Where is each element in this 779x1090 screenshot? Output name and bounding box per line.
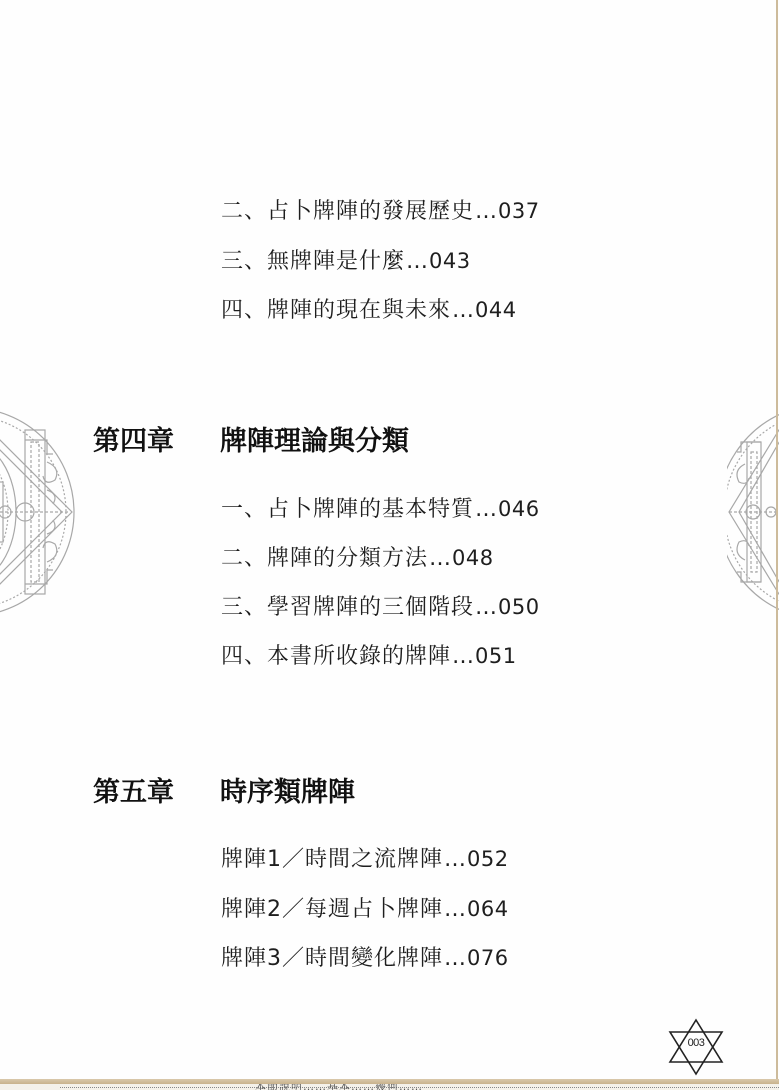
toc-entry-title: 三、無牌陣是什麼 [221, 249, 405, 274]
toc-leader-dots: … [444, 897, 466, 922]
toc-entry-title: 二、占卜牌陣的發展歷史 [221, 199, 474, 224]
toc-page-number: 064 [467, 897, 509, 921]
chapter-4-heading[interactable]: 第四章牌陣理論與分類 [93, 427, 409, 457]
next-page-strip: 本節說明……基本……幾何…… [0, 1084, 779, 1090]
toc-leader-dots: … [452, 298, 474, 323]
toc-entry[interactable]: 牌陣3／時間變化牌陣…076 [221, 945, 509, 972]
toc-entry[interactable]: 牌陣1／時間之流牌陣…052 [221, 846, 509, 873]
page-number-marker: 003 [668, 1018, 724, 1076]
toc-leader-dots: … [475, 497, 497, 522]
toc-entry-title: 四、本書所收錄的牌陣 [221, 644, 451, 669]
toc-page-number: 050 [498, 595, 540, 619]
page-number: 003 [668, 1037, 724, 1049]
toc-entry-title: 三、學習牌陣的三個階段 [221, 595, 474, 620]
cut-off-text: 本節說明……基本……幾何…… [255, 1084, 423, 1090]
chapter-title: 時序類牌陣 [220, 777, 355, 808]
toc-entry[interactable]: 四、牌陣的現在與未來…044 [221, 297, 517, 324]
chapter-title: 牌陣理論與分類 [220, 426, 409, 457]
toc-leader-dots: … [406, 249, 428, 274]
toc-entry[interactable]: 三、無牌陣是什麼…043 [221, 248, 471, 275]
toc-leader-dots: … [452, 644, 474, 669]
toc-page-number: 044 [475, 298, 517, 322]
toc-entry[interactable]: 牌陣2／每週占卜牌陣…064 [221, 896, 509, 923]
chapter-5-heading[interactable]: 第五章時序類牌陣 [93, 778, 355, 808]
toc-page-number: 037 [498, 199, 540, 223]
toc-entry[interactable]: 二、牌陣的分類方法…048 [221, 545, 494, 572]
toc-entry-title: 牌陣2／每週占卜牌陣 [221, 897, 443, 922]
toc-leader-dots: … [444, 847, 466, 872]
toc-entry[interactable]: 二、占卜牌陣的發展歷史…037 [221, 198, 540, 225]
toc-page-number: 051 [475, 644, 517, 668]
chapter-number: 第四章 [93, 427, 220, 457]
page-edge-right [776, 0, 778, 1082]
toc-page-number: 048 [452, 546, 494, 570]
toc-leader-dots: … [475, 595, 497, 620]
mandala-ornament-right-icon [727, 412, 779, 612]
chapter-number: 第五章 [93, 778, 220, 808]
toc-leader-dots: … [475, 199, 497, 224]
toc-page-number: 076 [467, 946, 509, 970]
book-page: 二、占卜牌陣的發展歷史…037 三、無牌陣是什麼…043 四、牌陣的現在與未來…… [0, 0, 779, 1090]
toc-entry-title: 一、占卜牌陣的基本特質 [221, 497, 474, 522]
toc-entry-title: 二、牌陣的分類方法 [221, 546, 428, 571]
toc-page-number: 043 [429, 249, 471, 273]
toc-entry[interactable]: 四、本書所收錄的牌陣…051 [221, 643, 517, 670]
toc-leader-dots: … [429, 546, 451, 571]
toc-entry-title: 四、牌陣的現在與未來 [221, 298, 451, 323]
toc-entry-title: 牌陣3／時間變化牌陣 [221, 946, 443, 971]
toc-entry[interactable]: 一、占卜牌陣的基本特質…046 [221, 496, 540, 523]
toc-entry[interactable]: 三、學習牌陣的三個階段…050 [221, 594, 540, 621]
toc-leader-dots: … [444, 946, 466, 971]
toc-page-number: 052 [467, 847, 509, 871]
mandala-ornament-left-icon [0, 402, 75, 622]
toc-page-number: 046 [498, 497, 540, 521]
toc-entry-title: 牌陣1／時間之流牌陣 [221, 847, 443, 872]
